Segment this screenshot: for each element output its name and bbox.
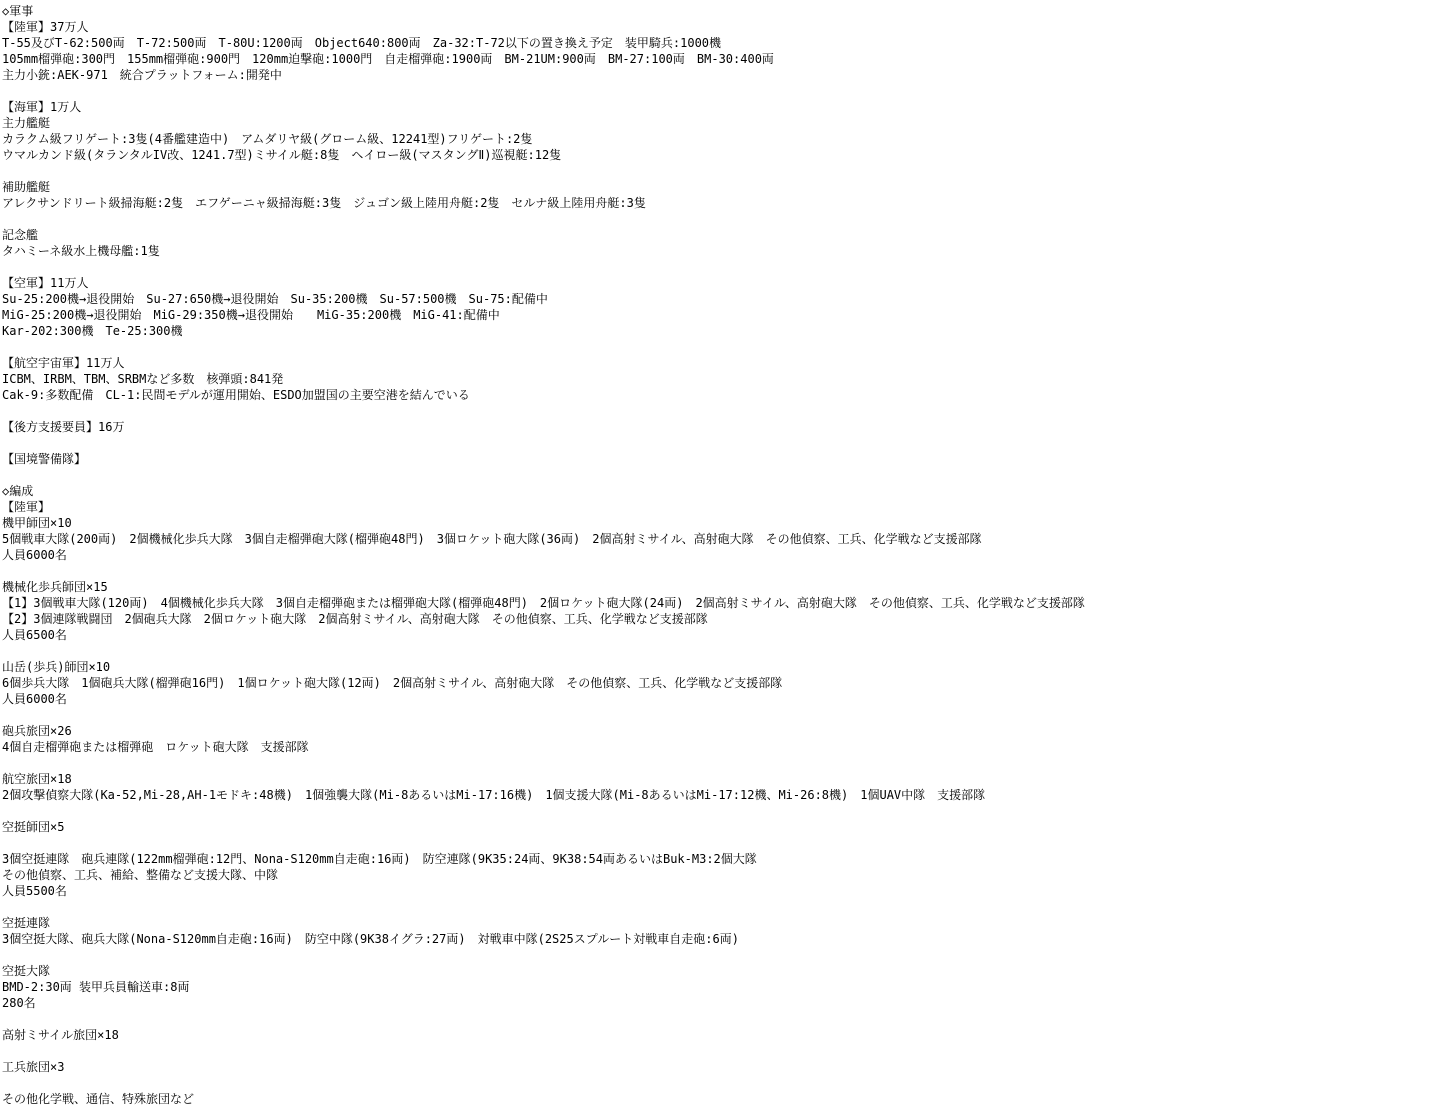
text-line: 人員6000名 (2, 547, 1432, 563)
text-line: 【2】3個連隊戦闘団 2個砲兵大隊 2個ロケット砲大隊 2個高射ミサイル、高射砲… (2, 611, 1432, 627)
text-line: 5個戦車大隊(200両) 2個機械化歩兵大隊 3個自走榴弾砲大隊(榴弾砲48門)… (2, 531, 1432, 547)
blank-line (2, 1075, 1432, 1091)
text-line: 人員6000名 (2, 691, 1432, 707)
blank-line (2, 211, 1432, 227)
blank-line (2, 643, 1432, 659)
blank-line (2, 83, 1432, 99)
text-line: 【陸軍】37万人 (2, 19, 1432, 35)
text-line: 【1】3個戦車大隊(120両) 4個機械化歩兵大隊 3個自走榴弾砲または榴弾砲大… (2, 595, 1432, 611)
text-line: 【国境警備隊】 (2, 451, 1432, 467)
text-line: 6個歩兵大隊 1個砲兵大隊(榴弾砲16門) 1個ロケット砲大隊(12両) 2個高… (2, 675, 1432, 691)
text-line: 補助艦艇 (2, 179, 1432, 195)
text-line: 2個攻撃偵察大隊(Ka-52,Mi-28,AH-1モドキ:48機) 1個強襲大隊… (2, 787, 1432, 803)
text-line: 機甲師団×10 (2, 515, 1432, 531)
blank-line (2, 563, 1432, 579)
text-line: 4個自走榴弾砲または榴弾砲 ロケット砲大隊 支援部隊 (2, 739, 1432, 755)
blank-line (2, 1043, 1432, 1059)
blank-line (2, 259, 1432, 275)
blank-line (2, 899, 1432, 915)
text-line: ウマルカンド級(タランタルIV改、1241.7型)ミサイル艇:8隻 ヘイロー級(… (2, 147, 1432, 163)
text-line: 山岳(歩兵)師団×10 (2, 659, 1432, 675)
text-line: その他偵察、工兵、補給、整備など支援大隊、中隊 (2, 867, 1432, 883)
text-line: 機械化歩兵師団×15 (2, 579, 1432, 595)
blank-line (2, 803, 1432, 819)
text-line: Su-25:200機→退役開始 Su-27:650機→退役開始 Su-35:20… (2, 291, 1432, 307)
text-line: Cak-9:多数配備 CL-1:民間モデルが運用開始、ESDO加盟国の主要空港を… (2, 387, 1432, 403)
text-line: 人員6500名 (2, 627, 1432, 643)
text-line: 主力小銃:AEK-971 統合プラットフォーム:開発中 (2, 67, 1432, 83)
plain-text-document: ◇軍事【陸軍】37万人T-55及びT-62:500両 T-72:500両 T-8… (0, 0, 1432, 1113)
text-line: 工兵旅団×3 (2, 1059, 1432, 1075)
text-line: ◇編成 (2, 483, 1432, 499)
text-line: 3個空挺連隊 砲兵連隊(122mm榴弾砲:12門、Nona-S120mm自走砲:… (2, 851, 1432, 867)
text-line: 空挺師団×5 (2, 819, 1432, 835)
text-line: 空挺大隊 (2, 963, 1432, 979)
text-line: Kar-202:300機 Te-25:300機 (2, 323, 1432, 339)
blank-line (2, 835, 1432, 851)
blank-line (2, 755, 1432, 771)
text-line: 記念艦 (2, 227, 1432, 243)
text-line: 【海軍】1万人 (2, 99, 1432, 115)
blank-line (2, 1011, 1432, 1027)
blank-line (2, 339, 1432, 355)
blank-line (2, 163, 1432, 179)
blank-line (2, 707, 1432, 723)
text-line: 105mm榴弾砲:300門 155mm榴弾砲:900門 120mm迫撃砲:100… (2, 51, 1432, 67)
blank-line (2, 403, 1432, 419)
text-line: 高射ミサイル旅団×18 (2, 1027, 1432, 1043)
text-line: 【後方支援要員】16万 (2, 419, 1432, 435)
text-line: ICBM、IRBM、TBM、SRBMなど多数 核弾頭:841発 (2, 371, 1432, 387)
blank-line (2, 947, 1432, 963)
text-line: 砲兵旅団×26 (2, 723, 1432, 739)
blank-line (2, 467, 1432, 483)
text-line: タハミーネ級水上機母艦:1隻 (2, 243, 1432, 259)
text-line: T-55及びT-62:500両 T-72:500両 T-80U:1200両 Ob… (2, 35, 1432, 51)
text-line: 【陸軍】 (2, 499, 1432, 515)
text-line: ◇軍事 (2, 3, 1432, 19)
text-line: 【航空宇宙軍】11万人 (2, 355, 1432, 371)
text-line: 【空軍】11万人 (2, 275, 1432, 291)
text-line: カラクム級フリゲート:3隻(4番艦建造中) アムダリヤ級(グローム級、12241… (2, 131, 1432, 147)
text-line: アレクサンドリート級掃海艇:2隻 エフゲーニャ級掃海艇:3隻 ジュゴン級上陸用舟… (2, 195, 1432, 211)
text-line: 3個空挺大隊、砲兵大隊(Nona-S120mm自走砲:16両) 防空中隊(9K3… (2, 931, 1432, 947)
text-line: BMD-2:30両 装甲兵員輸送車:8両 (2, 979, 1432, 995)
text-line: 主力艦艇 (2, 115, 1432, 131)
blank-line (2, 435, 1432, 451)
text-line: その他化学戦、通信、特殊旅団など (2, 1091, 1432, 1107)
text-line: 人員5500名 (2, 883, 1432, 899)
text-line: 航空旅団×18 (2, 771, 1432, 787)
text-line: MiG-25:200機→退役開始 MiG-29:350機→退役開始 MiG-35… (2, 307, 1432, 323)
text-line: 空挺連隊 (2, 915, 1432, 931)
text-line: 280名 (2, 995, 1432, 1011)
